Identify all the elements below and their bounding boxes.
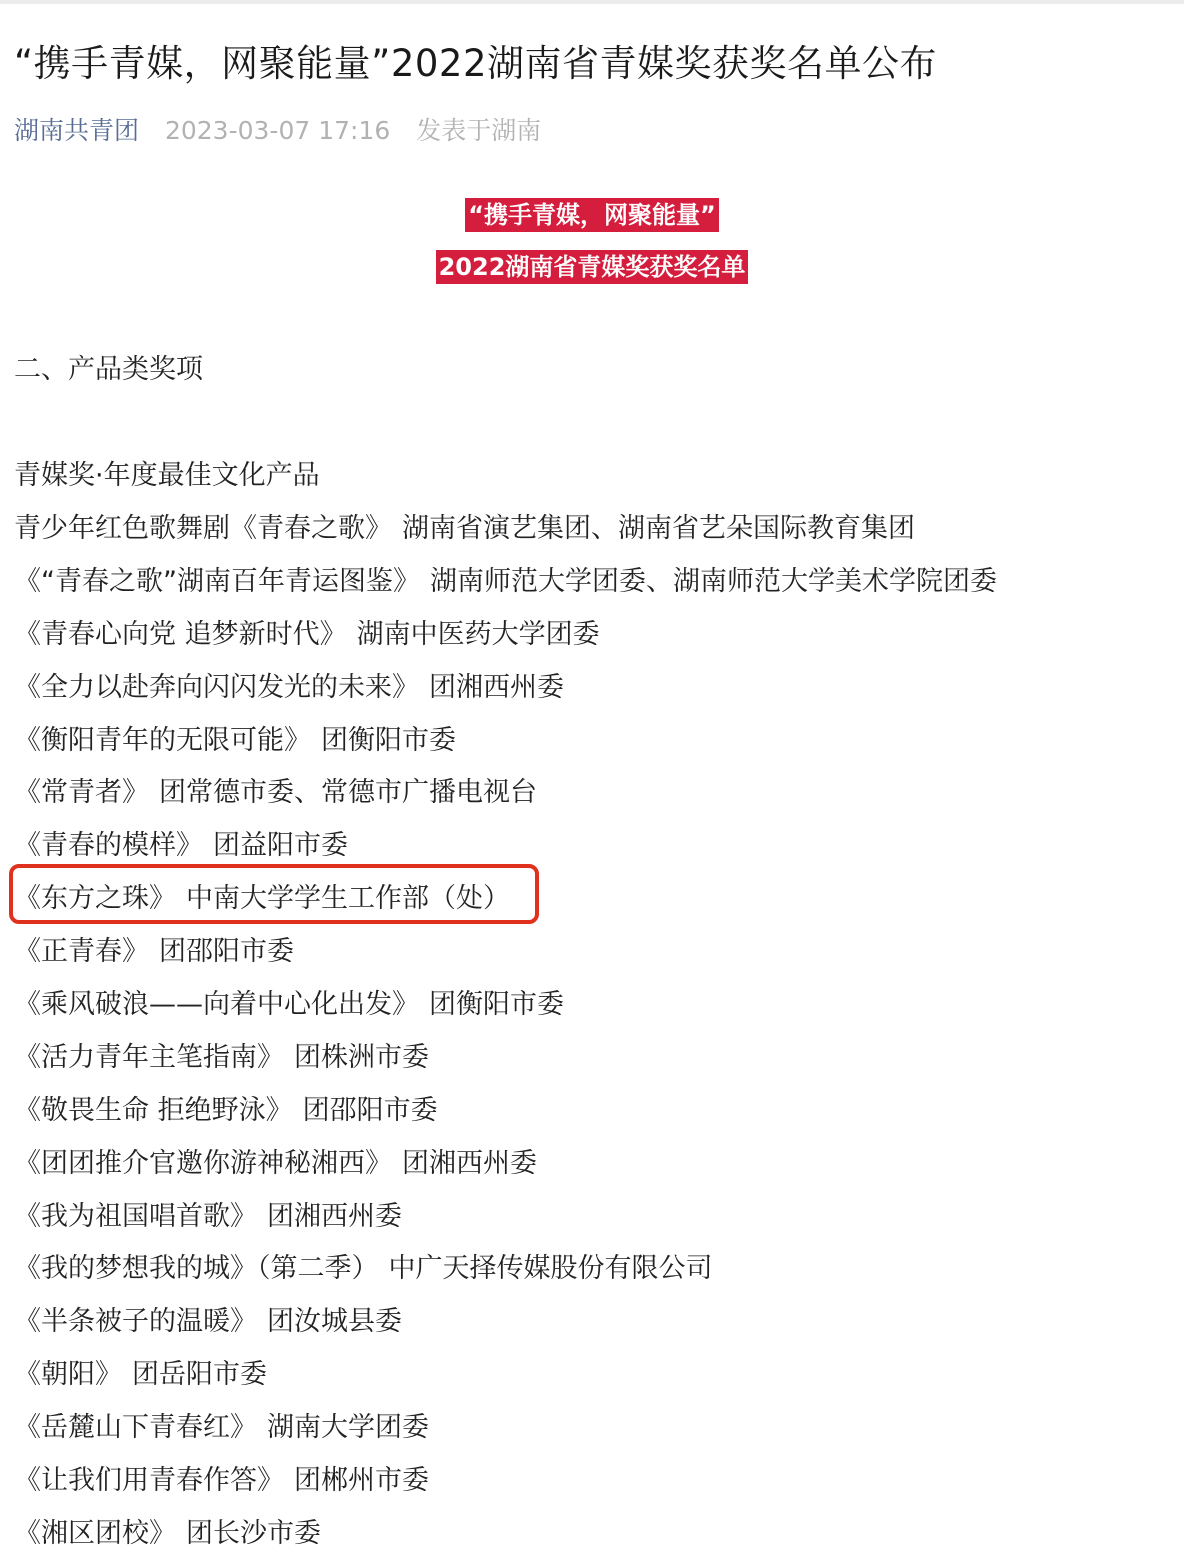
list-item: 《乘风破浪——向着中心化出发》团衡阳市委: [14, 985, 997, 1038]
work-title: 《衡阳青年的无限可能》: [14, 725, 311, 756]
work-title: 《湘区团校》: [14, 1518, 176, 1549]
list-item: 《半条被子的温暖》团汝城县委: [14, 1302, 997, 1355]
publish-date: 2023-03-07 17:16: [165, 116, 390, 145]
work-title: 《敬畏生命 拒绝野泳》: [14, 1095, 293, 1126]
work-title: 《常青者》: [14, 777, 149, 808]
list-item: 《活力青年主笔指南》团株洲市委: [14, 1038, 997, 1091]
work-title: 《乘风破浪——向着中心化出发》: [14, 989, 419, 1020]
list-item: 《岳麓山下青春红》湖南大学团委: [14, 1408, 997, 1461]
work-title: 《朝阳》: [14, 1359, 122, 1390]
work-title: 《青春心向党 追梦新时代》: [14, 619, 347, 650]
organization: 湖南中医药大学团委: [357, 619, 600, 650]
organization: 中广天择传媒股份有限公司: [389, 1253, 713, 1284]
award-list: 青少年红色歌舞剧《青春之歌》湖南省演艺集团、湖南省艺朵国际教育集团 《“青春之歌…: [14, 509, 997, 1564]
list-item: 《常青者》团常德市委、常德市广播电视台: [14, 773, 997, 826]
list-item: 《衡阳青年的无限可能》团衡阳市委: [14, 721, 997, 774]
work-title: 《正青春》: [14, 936, 149, 967]
organization: 团岳阳市委: [132, 1359, 267, 1390]
work-title: 《“青春之歌”湖南百年青运图鉴》: [14, 566, 420, 597]
article-title: “携手青媒，网聚能量”2022湖南省青媒奖获奖名单公布: [14, 38, 937, 90]
list-item: 《让我们用青春作答》团郴州市委: [14, 1461, 997, 1514]
top-divider: [0, 0, 1184, 4]
organization: 湖南师范大学团委、湖南师范大学美术学院团委: [430, 566, 997, 597]
list-item: 青少年红色歌舞剧《青春之歌》湖南省演艺集团、湖南省艺朵国际教育集团: [14, 509, 997, 562]
work-title: 《半条被子的温暖》: [14, 1306, 257, 1337]
list-item: 《正青春》团邵阳市委: [14, 932, 997, 985]
work-title: 《团团推介官邀你游神秘湘西》: [14, 1148, 392, 1179]
list-item: 《我的梦想我的城》（第二季）中广天择传媒股份有限公司: [14, 1249, 997, 1302]
organization: 湖南大学团委: [267, 1412, 429, 1443]
work-title: 《我的梦想我的城》（第二季）: [14, 1253, 379, 1284]
list-item: 《朝阳》团岳阳市委: [14, 1355, 997, 1408]
organization: 团邵阳市委: [303, 1095, 438, 1126]
organization: 团长沙市委: [186, 1518, 321, 1549]
work-title: 《全力以赴奔向闪闪发光的未来》: [14, 672, 419, 703]
list-item: 《我为祖国唱首歌》团湘西州委: [14, 1197, 997, 1250]
banner-text-1: “携手青媒，网聚能量”: [465, 198, 719, 232]
work-title: 《活力青年主笔指南》: [14, 1042, 284, 1073]
work-title: 青少年红色歌舞剧《青春之歌》: [14, 513, 392, 544]
work-title: 《我为祖国唱首歌》: [14, 1201, 257, 1232]
organization: 团衡阳市委: [429, 989, 564, 1020]
organization: 团郴州市委: [294, 1465, 429, 1496]
list-item: 《“青春之歌”湖南百年青运图鉴》湖南师范大学团委、湖南师范大学美术学院团委: [14, 562, 997, 615]
publish-location: 发表于湖南: [416, 116, 541, 145]
section-heading: 二、产品类奖项: [14, 350, 203, 390]
list-item: 《团团推介官邀你游神秘湘西》团湘西州委: [14, 1144, 997, 1197]
organization: 团株洲市委: [294, 1042, 429, 1073]
banner-text-2: 2022湖南省青媒奖获奖名单: [436, 250, 749, 284]
category-heading: 青媒奖·年度最佳文化产品: [14, 456, 320, 496]
work-title: 《让我们用青春作答》: [14, 1465, 284, 1496]
organization: 团衡阳市委: [321, 725, 456, 756]
list-item: 《湘区团校》团长沙市委: [14, 1514, 997, 1564]
banner-line-1: “携手青媒，网聚能量”: [0, 198, 1184, 232]
list-item: 《全力以赴奔向闪闪发光的未来》团湘西州委: [14, 668, 997, 721]
organization: 团汝城县委: [267, 1306, 402, 1337]
article-meta: 湖南共青团 2023-03-07 17:16 发表于湖南: [14, 112, 541, 150]
work-title: 《青春的模样》: [14, 830, 203, 861]
organization: 团湘西州委: [267, 1201, 402, 1232]
highlight-box: [9, 864, 539, 924]
organization: 湖南省演艺集团、湖南省艺朵国际教育集团: [402, 513, 915, 544]
organization: 团常德市委、常德市广播电视台: [159, 777, 537, 808]
organization: 团湘西州委: [402, 1148, 537, 1179]
organization: 团湘西州委: [429, 672, 564, 703]
list-item: 《青春心向党 追梦新时代》湖南中医药大学团委: [14, 615, 997, 668]
organization: 团益阳市委: [213, 830, 348, 861]
organization: 团邵阳市委: [159, 936, 294, 967]
work-title: 《岳麓山下青春红》: [14, 1412, 257, 1443]
author-link[interactable]: 湖南共青团: [14, 116, 139, 145]
banner-line-2: 2022湖南省青媒奖获奖名单: [0, 250, 1184, 284]
list-item: 《敬畏生命 拒绝野泳》团邵阳市委: [14, 1091, 997, 1144]
